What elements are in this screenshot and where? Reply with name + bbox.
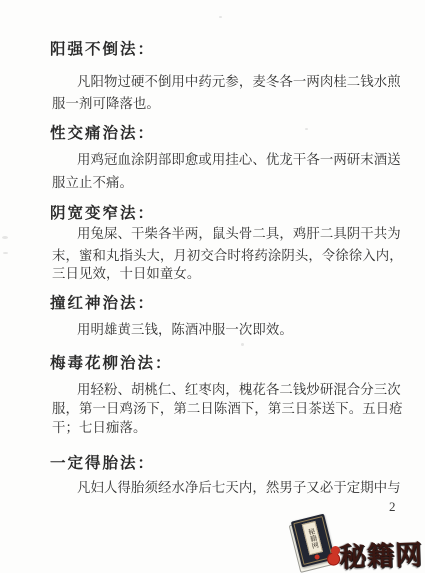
section-heading: 撞红神治法： (50, 291, 155, 313)
section-heading: 性交痛治法： (50, 121, 155, 143)
book-label: 秘籍网 (302, 521, 323, 555)
scan-speck (241, 343, 244, 346)
scan-speck (219, 16, 222, 18)
body-line: 干；七日痂落。 (52, 417, 146, 436)
body-line: 服，第一日鸡汤下，第二日陈酒下，第三日茶送下。五日疮 (52, 398, 403, 417)
label-seal-icon (314, 554, 320, 560)
body-line: 服一剂可降落也。 (52, 93, 160, 112)
book-seal-icon (326, 551, 342, 567)
page-number: 2 (389, 499, 396, 515)
scan-speck (2, 236, 8, 239)
body-line: 服立止不痛。 (52, 172, 133, 191)
book-cover: 秘籍网 (291, 514, 335, 568)
watermark-text: 秘籍网 (338, 533, 423, 573)
section-heading: 一定得胎法： (50, 451, 155, 473)
body-line: 末，蜜和丸指头大，月初交合时将药涂阴头，令徐徐入内， (52, 245, 403, 264)
scan-speck (305, 128, 308, 130)
body-line: 用轻粉、胡桃仁、红枣肉，槐花各二钱炒研混合分三次 (77, 379, 401, 398)
section-heading: 阴宽变窄法： (50, 201, 155, 223)
body-line: 用明雄黄三钱，陈酒冲服一次即效。 (77, 319, 293, 338)
body-line: 凡阳物过硬不倒用中药元参，麦冬各一两肉桂二钱水煎 (77, 71, 401, 90)
watermark-seal-icon (331, 546, 340, 555)
section-heading: 梅毒花柳治法： (50, 351, 173, 373)
book-cover-frame (293, 516, 333, 565)
book-pages (289, 517, 336, 573)
book-icon: 秘籍网 (291, 514, 335, 568)
body-line: 凡妇人得胎须经水净后七天内，然男子又必于定期中与 (77, 477, 401, 496)
scan-speck (3, 252, 8, 254)
scanned-document-page: 阳强不倒法： 凡阳物过硬不倒用中药元参，麦冬各一两肉桂二钱水煎 服一剂可降落也。… (0, 0, 425, 573)
body-line: 用鸡冠血涂阴部即愈或用挂心、优龙干各一两研末酒送 (77, 149, 401, 168)
body-line: 三日见效，十日如童女。 (52, 263, 200, 282)
body-line: 用兔屎、干柴各半两，鼠头骨二具，鸡肝二具阴干共为 (77, 223, 401, 242)
section-heading: 阳强不倒法： (50, 37, 155, 59)
